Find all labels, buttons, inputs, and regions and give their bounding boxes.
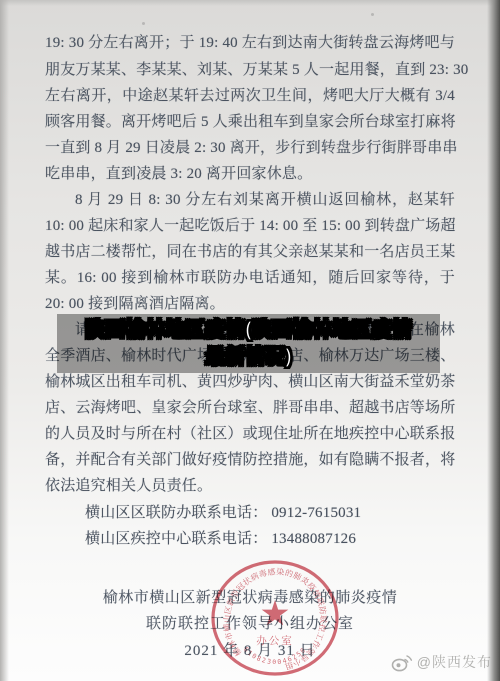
doc-line: 顾客用餐。离开烤吧后 5 人乘出租车到皇家会所台球室打麻将	[45, 112, 455, 132]
doc-line: 备，并配合有关部门做好疫情防控措施，如有隐瞒不报者，将	[45, 450, 455, 470]
watermark-handle: @陕西发布	[417, 652, 492, 672]
headline-overlay: 陕西榆林地区疫情(陕西榆林地区疫情 最新情况)	[57, 314, 440, 373]
doc-line: 榆林城区出租车司机、黄四炒驴肉、横山区南大街益禾堂奶茶	[45, 372, 455, 392]
doc-line: 10: 00 起床和家人一起吃饭后于 14: 00 至 15: 00 到转盘广场…	[45, 216, 455, 236]
doc-line: 店、云海烤吧、皇家会所台球室、胖哥串串、超越书店等场所	[45, 398, 455, 418]
doc-line: 横山区区联防办联系电话： 0912-7615031	[45, 503, 455, 523]
weibo-icon	[391, 653, 413, 672]
headline-line1: 陕西榆林地区疫情(陕西榆林地区疫情	[85, 317, 412, 344]
doc-line: 20: 00 接到隔离酒店隔离。	[45, 294, 455, 314]
doc-line: 横山区疾控中心联系电话： 13488087126	[45, 529, 455, 549]
doc-line: 越书店二楼帮忙，同在书店的有其父亲赵某某和一名店员王某	[45, 242, 455, 262]
doc-line: 朋友万某某、李某某、刘某、万某某 5 人一起用餐，直到 23: 30	[45, 60, 455, 80]
doc-line: 的人员及时与所在村（社区）或现住址所在地疾控中心联系报	[45, 424, 455, 444]
seal-star-icon	[262, 600, 289, 625]
doc-line: 依法追究相关人员责任。	[45, 476, 455, 496]
doc-line: 左右离开，中途赵某轩去过两次卫生间，烤吧大厅大概有 3/4	[45, 86, 455, 106]
doc-line: 某。16: 00 接到榆林市联防办电话通知，随后回家等待，于	[45, 268, 455, 288]
doc-line: 吃串串，直到凌晨 3: 20 离开回家休息。	[45, 164, 455, 184]
seal-center-label: 办公室	[256, 634, 294, 647]
doc-line: 19: 30 分左右离开；于 19: 40 左右到达南大街转盘云海烤吧与	[45, 33, 455, 53]
doc-line: 一直到 8 月 29 日凌晨 2: 30 离开，步行到转盘步行街胖哥串串	[45, 138, 455, 158]
watermark: @陕西发布	[391, 652, 492, 672]
headline-line2: 最新情况)	[205, 344, 292, 371]
document-photo: 19: 30 分左右离开；于 19: 40 左右到达南大街转盘云海烤吧与朋友万某…	[0, 0, 500, 681]
doc-line: 8 月 29 日 8: 30 分左右刘某离开横山返回榆林，赵某轩	[45, 190, 455, 210]
official-seal: 榆林市横山区新型冠状病毒感染的肺炎疫情联防联控工作领导小组 办公室 610823…	[205, 556, 345, 681]
